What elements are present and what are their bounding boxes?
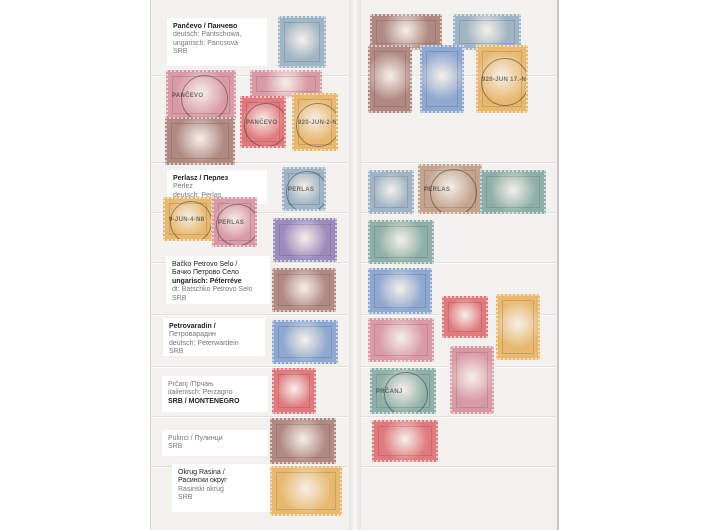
label-petrovaradin: Petrovaradin / Петроварадин deutsch: Pet… (163, 318, 265, 356)
stamp-frame (374, 176, 408, 208)
label-country: SRB (169, 348, 259, 356)
stamp (273, 218, 337, 262)
stamp: PANČEVO (240, 96, 286, 148)
stamp (278, 16, 326, 68)
postmark-text: PERLAS (424, 187, 450, 193)
stamp (420, 45, 464, 113)
stamp (368, 170, 414, 214)
stamp-frame (278, 326, 332, 358)
stamp: PERLAS (418, 164, 482, 214)
postmark-text: 920-JUN 17.-N7 (482, 77, 528, 83)
label-title: Petrovaradin / (169, 323, 216, 330)
postmark-text: PRČANJ (376, 389, 402, 395)
stamp-frame (276, 472, 336, 510)
label-pulinci: Pulinci / Пулинци SRB (162, 430, 268, 456)
postmark-text: PANČEVO (172, 93, 203, 99)
stamp-frame (376, 20, 436, 44)
stamp-frame (374, 274, 426, 308)
label-title: Okrug Rasina / (178, 469, 266, 477)
label-line: Rasinski okrug (178, 486, 266, 494)
label-title: Pančevo / Панчево (173, 23, 237, 30)
page-gutter (349, 0, 361, 530)
label-line: Петроварадин (169, 331, 259, 339)
label-country: SRB (168, 443, 262, 451)
stamp: PRČANJ (370, 368, 436, 414)
stamp: PERLAS (282, 167, 326, 211)
label-line: dt: Batschko Petrovo Selo (172, 286, 264, 294)
stamp (450, 346, 494, 414)
stamp-frame (459, 20, 515, 44)
stamp-frame (502, 300, 534, 354)
label-country: SRB (178, 494, 266, 502)
stamp (480, 170, 546, 214)
label-line: Бачко Петрово Село (172, 269, 264, 277)
stamp: PERLAS (212, 197, 257, 247)
label-title: Prčanj /Прчањ (168, 381, 262, 389)
label-line: deutsch: Pantschowa, (173, 31, 261, 39)
stamp (272, 268, 336, 312)
stamp-frame (374, 51, 406, 107)
postmark-text: PERLAS (218, 220, 244, 226)
stamp-frame (276, 424, 330, 458)
label-prcanj: Prčanj /Прчањ italienisch: Perzagno SRB … (162, 376, 268, 412)
stamp (272, 368, 316, 414)
label-line: italienisch: Perzagno (168, 389, 262, 397)
stamp-frame (426, 51, 458, 107)
label-backo-petrovo-selo: Bačko Petrovo Selo / Бачко Петрово Село … (166, 256, 270, 304)
stamp (270, 418, 336, 464)
stamp: PANČEVO (166, 70, 236, 120)
stamp-frame (374, 226, 428, 258)
stamp-frame (374, 324, 428, 356)
label-country: SRB (172, 295, 264, 303)
stamp-frame (278, 374, 310, 408)
stamp: 920-JUN-2-N10 (292, 93, 338, 151)
stamp-frame (284, 22, 320, 62)
stamp (442, 296, 488, 338)
stamp-frame (256, 76, 316, 92)
stamp (368, 268, 432, 314)
stamp-frame (448, 302, 482, 332)
stamp: 9-JUN-4-N8 (163, 197, 213, 241)
stamp-frame (171, 123, 229, 159)
stamp-frame (486, 176, 540, 208)
label-line: deutsch: Peterwardein (169, 340, 259, 348)
stamp-frame (278, 274, 330, 306)
postmark-text: PERLAS (288, 187, 314, 193)
stamp: 920-JUN 17.-N7 (476, 45, 528, 113)
postmark-text: 9-JUN-4-N8 (169, 217, 204, 223)
label-line: Perlez (173, 183, 261, 191)
stamp (165, 117, 235, 165)
label-okrug-rasina: Okrug Rasina / Расински округ Rasinski o… (172, 464, 272, 512)
stamp-frame (378, 426, 432, 456)
stamp (368, 220, 434, 264)
stamp-frame (456, 352, 488, 408)
postmark-text: 920-JUN-2-N10 (298, 120, 338, 126)
stamp (368, 45, 412, 113)
stamp (272, 320, 338, 364)
postmark-text: PANČEVO (246, 120, 277, 126)
label-country: SRB / MONTENEGRO (168, 398, 240, 405)
label-title: Bačko Petrovo Selo / (172, 261, 264, 269)
stamp (368, 318, 434, 362)
stamp (372, 420, 438, 462)
label-line: ungarisch: Pancsova (173, 40, 261, 48)
label-country: SRB (173, 48, 261, 56)
label-line: Расински округ (178, 477, 266, 485)
label-title: Perlasz / Перлез (173, 175, 228, 182)
label-line: ungarisch: Péterréve (172, 278, 242, 285)
stamp (496, 294, 540, 360)
label-pancevo: Pančevo / Панчево deutsch: Pantschowa, u… (167, 18, 267, 66)
stamp-frame (279, 224, 331, 256)
label-title: Pulinci / Пулинци (168, 435, 262, 443)
stamp (270, 466, 342, 516)
